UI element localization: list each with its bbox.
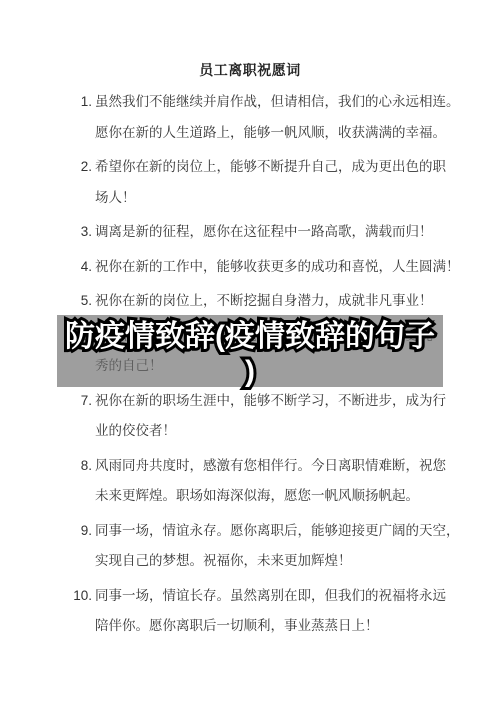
item-text-line: 虽然我们不能继续并肩作战，但请相信，我们的心永远相连。 — [95, 87, 500, 118]
item-text: 同事一场，情谊永存。愿你离职后，能够迎接更广阔的天空，实现自己的梦想。祝福你，未… — [95, 516, 500, 577]
item-text-line: 业的佼佼者！ — [95, 416, 500, 447]
quote-card-page: 员工离职祝愿词 1. 虽然我们不能继续并肩作战，但请相信，我们的心永远相连。愿你… — [0, 0, 500, 706]
page-title: 员工离职祝愿词 — [0, 61, 500, 79]
item-text-line: 希望你在新的岗位上，能够不断提升自己，成为更出色的职 — [95, 152, 500, 183]
item-text-line: 同事一场，情谊永存。愿你离职后，能够迎接更广阔的天空， — [95, 516, 500, 547]
list-item: 9. 同事一场，情谊永存。愿你离职后，能够迎接更广阔的天空，实现自己的梦想。祝福… — [0, 516, 500, 577]
item-number: 3. — [0, 217, 95, 248]
item-text-line: 同事一场，情谊长存。虽然离别在即，但我们的祝福将永远 — [95, 581, 500, 612]
list-item: 1. 虽然我们不能继续并肩作战，但请相信，我们的心永远相连。愿你在新的人生道路上… — [0, 87, 500, 148]
item-text: 祝你在新的岗位上，不断挖掘自身潜力，成就非凡事业！ — [95, 286, 500, 317]
item-number: 4. — [0, 252, 95, 283]
watermark-line-2: ) — [0, 354, 500, 389]
item-text-line: 风雨同舟共度时，感激有您相伴行。今日离职情难断，祝您 — [95, 451, 500, 482]
item-text: 希望你在新的岗位上，能够不断提升自己，成为更出色的职场人！ — [95, 152, 500, 213]
list-item: 5. 祝你在新的岗位上，不断挖掘自身潜力，成就非凡事业！ — [0, 286, 500, 317]
item-number: 1. — [0, 87, 95, 148]
item-text-line: 愿你在新的人生道路上，能够一帆风顺，收获满满的幸福。 — [95, 118, 500, 149]
item-number: 2. — [0, 152, 95, 213]
watermark-text: 防疫情致辞(疫情致辞的句子 ) — [0, 319, 500, 389]
list-item: 8. 风雨同舟共度时，感激有您相伴行。今日离职情难断，祝您未来更辉煌。职场如海深… — [0, 451, 500, 512]
item-number: 10. — [0, 581, 95, 642]
item-number: 9. — [0, 516, 95, 577]
list-item: 2. 希望你在新的岗位上，能够不断提升自己，成为更出色的职场人！ — [0, 152, 500, 213]
item-text-line: 陪伴你。愿你离职后一切顺利，事业蒸蒸日上！ — [95, 611, 500, 642]
item-text-line: 祝你在新的工作中，能够收获更多的成功和喜悦，人生圆满！ — [95, 252, 500, 283]
item-text-line: 祝你在新的岗位上，不断挖掘自身潜力，成就非凡事业！ — [95, 286, 500, 317]
item-text: 风雨同舟共度时，感激有您相伴行。今日离职情难断，祝您未来更辉煌。职场如海深似海，… — [95, 451, 500, 512]
list-item: 4. 祝你在新的工作中，能够收获更多的成功和喜悦，人生圆满！ — [0, 252, 500, 283]
item-text: 同事一场，情谊长存。虽然离别在即，但我们的祝福将永远陪伴你。愿你离职后一切顺利，… — [95, 581, 500, 642]
item-number: 7. — [0, 386, 95, 447]
list-item: 10. 同事一场，情谊长存。虽然离别在即，但我们的祝福将永远陪伴你。愿你离职后一… — [0, 581, 500, 642]
watermark-line-1: 防疫情致辞(疫情致辞的句子 — [0, 319, 500, 354]
item-number: 5. — [0, 286, 95, 317]
item-text-line: 实现自己的梦想。祝福你，未来更加辉煌！ — [95, 546, 500, 577]
list-item: 3. 调离是新的征程，愿你在这征程中一路高歌，满载而归！ — [0, 217, 500, 248]
item-text: 虽然我们不能继续并肩作战，但请相信，我们的心永远相连。愿你在新的人生道路上，能够… — [95, 87, 500, 148]
item-text-line: 调离是新的征程，愿你在这征程中一路高歌，满载而归！ — [95, 217, 500, 248]
item-text-line: 未来更辉煌。职场如海深似海，愿您一帆风顺扬帆起。 — [95, 481, 500, 512]
item-text: 祝你在新的职场生涯中，能够不断学习，不断进步，成为行业的佼佼者！ — [95, 386, 500, 447]
list-item: 7. 祝你在新的职场生涯中，能够不断学习，不断进步，成为行业的佼佼者！ — [0, 386, 500, 447]
item-number: 8. — [0, 451, 95, 512]
item-text: 调离是新的征程，愿你在这征程中一路高歌，满载而归！ — [95, 217, 500, 248]
item-text-line: 祝你在新的职场生涯中，能够不断学习，不断进步，成为行 — [95, 386, 500, 417]
item-text: 祝你在新的工作中，能够收获更多的成功和喜悦，人生圆满！ — [95, 252, 500, 283]
item-text-line: 场人！ — [95, 183, 500, 214]
